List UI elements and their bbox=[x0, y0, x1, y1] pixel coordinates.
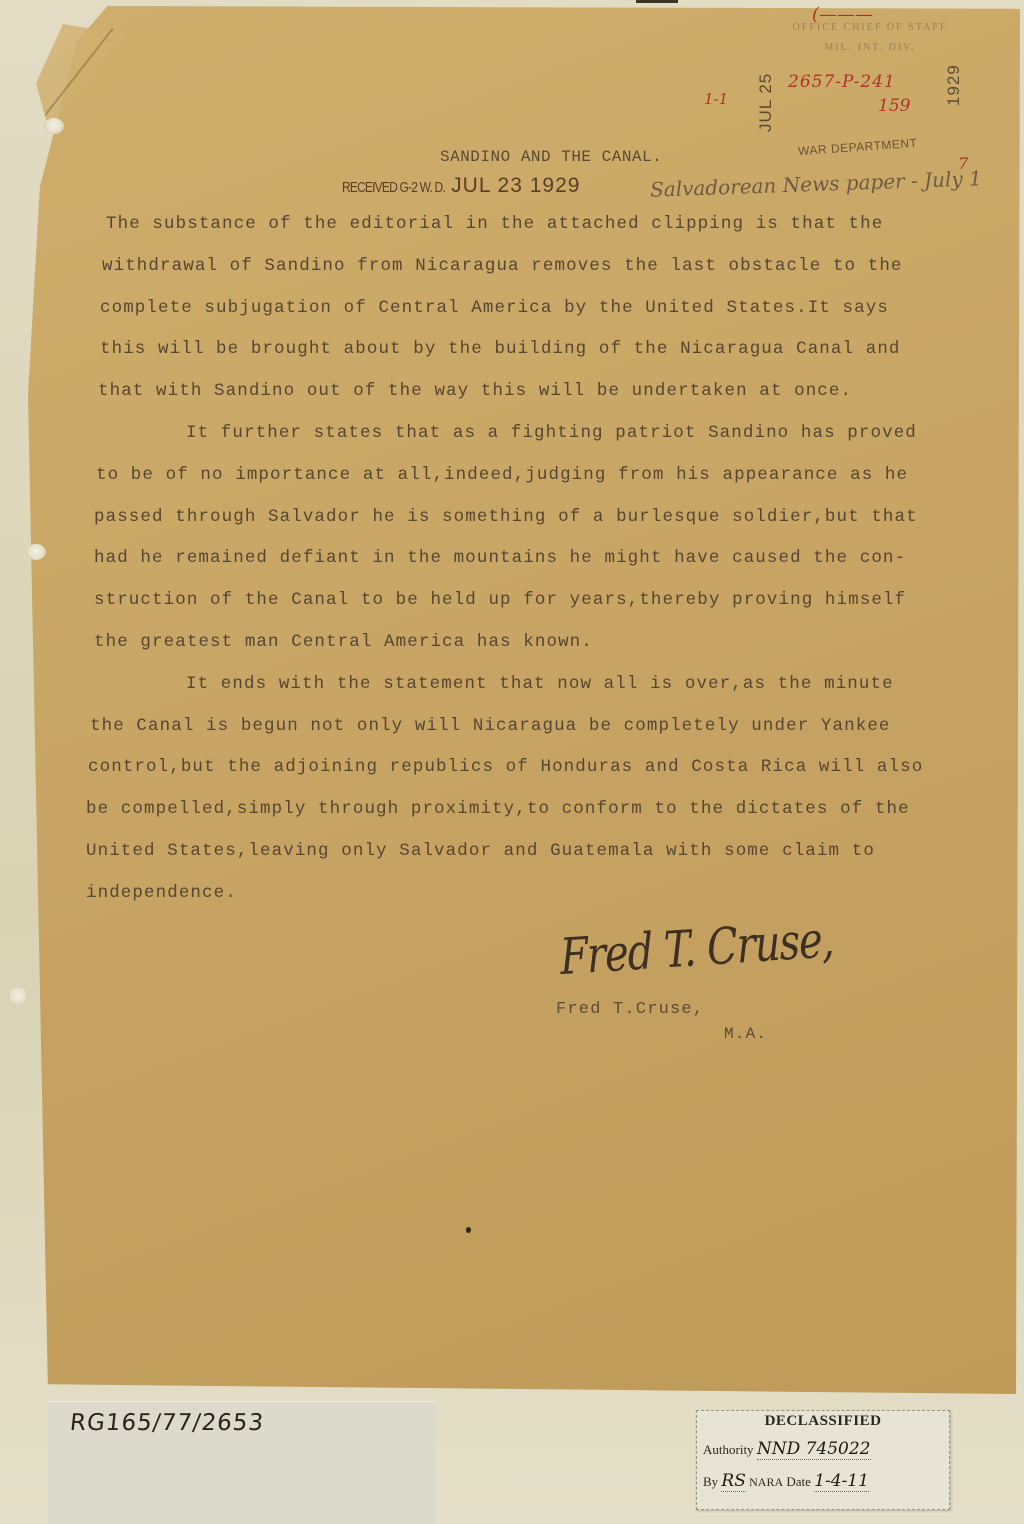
by-label: By bbox=[703, 1474, 718, 1489]
declassified-label: DECLASSIFIED Authority NND 745022 By RS … bbox=[696, 1410, 950, 1510]
body-line: the greatest man Central America has kno… bbox=[82, 622, 1022, 664]
by-row: By RS NARA Date 1-4-11 bbox=[703, 1471, 869, 1491]
by-value: RS bbox=[721, 1471, 745, 1492]
body-line: It further states that as a fighting pat… bbox=[82, 413, 1022, 455]
agency: NARA bbox=[749, 1475, 783, 1489]
authority-label: Authority bbox=[703, 1442, 754, 1457]
body-line: United States,leaving only Salvador and … bbox=[82, 831, 1022, 873]
office-stamp-line2: MIL. INT. DIV. bbox=[770, 38, 970, 58]
body-line: had he remained defiant in the mountains… bbox=[82, 538, 1022, 580]
body-line: independence. bbox=[82, 873, 1022, 915]
handwritten-mark-left: 1-1 bbox=[704, 90, 728, 108]
body-line: passed through Salvador he is something … bbox=[82, 497, 1022, 539]
body-line: to be of no importance at all,indeed,jud… bbox=[82, 455, 1022, 497]
clip-edge bbox=[636, 0, 678, 3]
received-date: JUL 23 1929 bbox=[451, 174, 580, 197]
ink-dot bbox=[466, 1227, 471, 1233]
document-body: The substance of the editorial in the at… bbox=[82, 204, 1022, 915]
date-label: Date bbox=[786, 1474, 811, 1489]
date-stamp-day: JUL 25 bbox=[756, 73, 776, 132]
body-line: be compelled,simply through proximity,to… bbox=[82, 789, 1022, 831]
authority-value: NND 745022 bbox=[757, 1439, 871, 1460]
body-line: struction of the Canal to be held up for… bbox=[82, 580, 1022, 622]
punch-hole-icon bbox=[26, 544, 46, 560]
received-stamp: RECEIVED G-2 W. D. JUL 23 1929 bbox=[342, 174, 604, 198]
body-line: the Canal is begun not only will Nicarag… bbox=[82, 706, 1022, 748]
document-title: SANDINO AND THE CANAL. bbox=[440, 148, 662, 166]
signer-title: M.A. bbox=[724, 1025, 767, 1043]
file-sub-number: 159 bbox=[878, 96, 910, 116]
body-line: control,but the adjoining republics of H… bbox=[82, 747, 1022, 789]
file-number: 2657-P-241 bbox=[788, 72, 896, 92]
body-line: The substance of the editorial in the at… bbox=[82, 204, 1022, 246]
body-line: withdrawal of Sandino from Nicaragua rem… bbox=[82, 246, 1022, 288]
authority-row: Authority NND 745022 bbox=[703, 1439, 871, 1459]
declassified-heading: DECLASSIFIED bbox=[697, 1413, 949, 1430]
body-line: complete subjugation of Central America … bbox=[82, 288, 1022, 330]
date-stamp-year: 1929 bbox=[944, 64, 964, 106]
handwritten-mark-top: (——— bbox=[812, 4, 873, 25]
punch-hole-icon bbox=[44, 118, 64, 134]
body-line: It ends with the statement that now all … bbox=[82, 664, 1022, 706]
received-label: RECEIVED G-2 W. D. bbox=[342, 179, 445, 196]
body-line: that with Sandino out of the way this wi… bbox=[82, 371, 1022, 413]
body-line: this will be brought about by the buildi… bbox=[82, 329, 1022, 371]
signer-name: Fred T.Cruse, bbox=[556, 1000, 704, 1019]
punch-hole-icon bbox=[8, 988, 28, 1004]
date-value: 1-4-11 bbox=[814, 1471, 869, 1492]
archive-reference: RG165/77/2653 bbox=[69, 1410, 266, 1436]
